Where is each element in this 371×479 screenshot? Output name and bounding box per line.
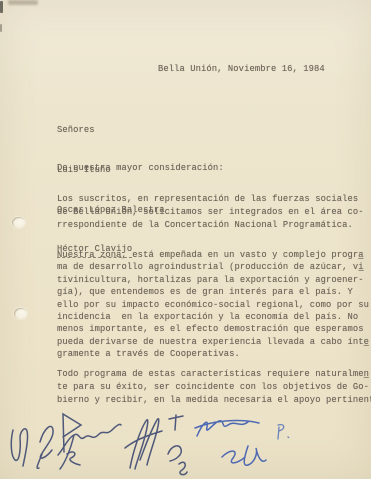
signatures-svg xyxy=(0,408,371,479)
signature-3 xyxy=(63,414,81,465)
letter-page: Bella Unión, Noviembre 16, 1984 Señores … xyxy=(0,0,371,479)
paragraph-request: Los suscritos, en representación de las … xyxy=(57,193,364,233)
signature-7 xyxy=(195,421,259,436)
scan-edge-mark xyxy=(0,24,2,32)
punch-hole xyxy=(14,308,27,319)
signature-4 xyxy=(58,424,121,469)
signatures-block xyxy=(0,408,371,479)
signature-1 xyxy=(11,429,27,466)
greeting-line: De nuestra mayor consideración: xyxy=(57,162,224,175)
signature-2 xyxy=(37,426,53,468)
signature-9 xyxy=(278,425,289,439)
scan-edge-mark xyxy=(0,1,3,13)
date-line: Bella Unión, Noviembre 16, 1984 xyxy=(158,63,325,76)
punch-hole xyxy=(12,217,25,228)
signature-5 xyxy=(125,419,162,469)
signature-8 xyxy=(222,446,266,465)
scan-smudge-mark xyxy=(8,0,38,5)
recipients-salutation: Señores xyxy=(57,124,165,137)
signature-6 xyxy=(168,415,187,475)
paragraph-closing: Todo programa de estas características r… xyxy=(57,368,371,408)
paragraph-region-description: Nuestra zona, está empeñada en un vasto … xyxy=(57,249,369,361)
